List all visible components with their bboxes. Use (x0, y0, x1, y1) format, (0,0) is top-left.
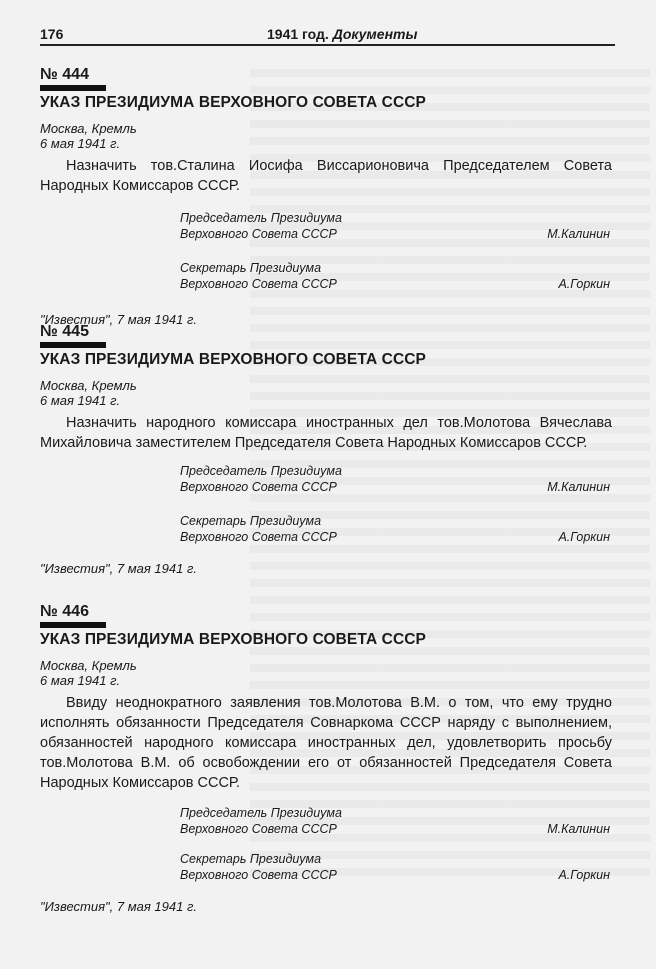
signature-secretary: Секретарь Президиума Верховного Совета С… (180, 260, 612, 292)
signature-name: А.Горкин (558, 276, 610, 292)
running-header: 176 1941 год. Документы (40, 24, 615, 46)
signature-position-line1: Председатель Президиума (180, 805, 612, 821)
document-number-bar (40, 342, 106, 348)
signature-chairman: Председатель Президиума Верховного Совет… (180, 463, 612, 495)
signature-name: М.Калинин (547, 226, 610, 242)
document-date: 6 мая 1941 г. (40, 673, 612, 688)
document-number: № 445 (40, 323, 612, 341)
signature-name: А.Горкин (558, 867, 610, 883)
document-number-bar (40, 85, 106, 91)
document-number-bar (40, 622, 106, 628)
signature-position-line2: Верховного Совета СССР (180, 529, 612, 545)
document-number: № 444 (40, 66, 612, 84)
book-page: 176 1941 год. Документы № 444 УКАЗ ПРЕЗИ… (0, 0, 656, 969)
signature-position-line1: Председатель Президиума (180, 463, 612, 479)
document-place: Москва, Кремль (40, 121, 612, 136)
document-title: УКАЗ ПРЕЗИДИУМА ВЕРХОВНОГО СОВЕТА СССР (40, 631, 612, 649)
signature-chairman: Председатель Президиума Верховного Совет… (180, 805, 612, 837)
document-title: УКАЗ ПРЕЗИДИУМА ВЕРХОВНОГО СОВЕТА СССР (40, 94, 612, 112)
signature-position-line1: Секретарь Президиума (180, 851, 612, 867)
document-number: № 446 (40, 603, 612, 621)
signature-position-line2: Верховного Совета СССР (180, 867, 612, 883)
signature-position-line1: Секретарь Президиума (180, 513, 612, 529)
document-date: 6 мая 1941 г. (40, 136, 612, 151)
signature-secretary: Секретарь Президиума Верховного Совета С… (180, 513, 612, 545)
document-body: Назначить тов.Сталина Иосифа Виссарионов… (40, 156, 612, 196)
signature-position-line1: Секретарь Президиума (180, 260, 612, 276)
document-445: № 445 УКАЗ ПРЕЗИДИУМА ВЕРХОВНОГО СОВЕТА … (40, 323, 612, 576)
document-body: Ввиду неоднократного заявления тов.Молот… (40, 693, 612, 793)
running-title-plain: 1941 год. (267, 26, 329, 42)
signature-position-line2: Верховного Совета СССР (180, 276, 612, 292)
signature-name: А.Горкин (558, 529, 610, 545)
running-title-italic: Документы (333, 26, 418, 42)
signature-chairman: Председатель Президиума Верховного Совет… (180, 210, 612, 242)
document-body: Назначить народного комиссара иностранны… (40, 413, 612, 453)
document-444: № 444 УКАЗ ПРЕЗИДИУМА ВЕРХОВНОГО СОВЕТА … (40, 66, 612, 327)
signature-name: М.Калинин (547, 821, 610, 837)
document-title: УКАЗ ПРЕЗИДИУМА ВЕРХОВНОГО СОВЕТА СССР (40, 351, 612, 369)
document-place: Москва, Кремль (40, 658, 612, 673)
document-source: "Известия", 7 мая 1941 г. (40, 899, 612, 914)
page-number: 176 (40, 26, 63, 42)
document-place: Москва, Кремль (40, 378, 612, 393)
running-title: 1941 год. Документы (267, 26, 417, 42)
document-446: № 446 УКАЗ ПРЕЗИДИУМА ВЕРХОВНОГО СОВЕТА … (40, 603, 612, 914)
signature-position-line1: Председатель Президиума (180, 210, 612, 226)
document-source: "Известия", 7 мая 1941 г. (40, 561, 612, 576)
signature-name: М.Калинин (547, 479, 610, 495)
signature-secretary: Секретарь Президиума Верховного Совета С… (180, 851, 612, 883)
document-date: 6 мая 1941 г. (40, 393, 612, 408)
